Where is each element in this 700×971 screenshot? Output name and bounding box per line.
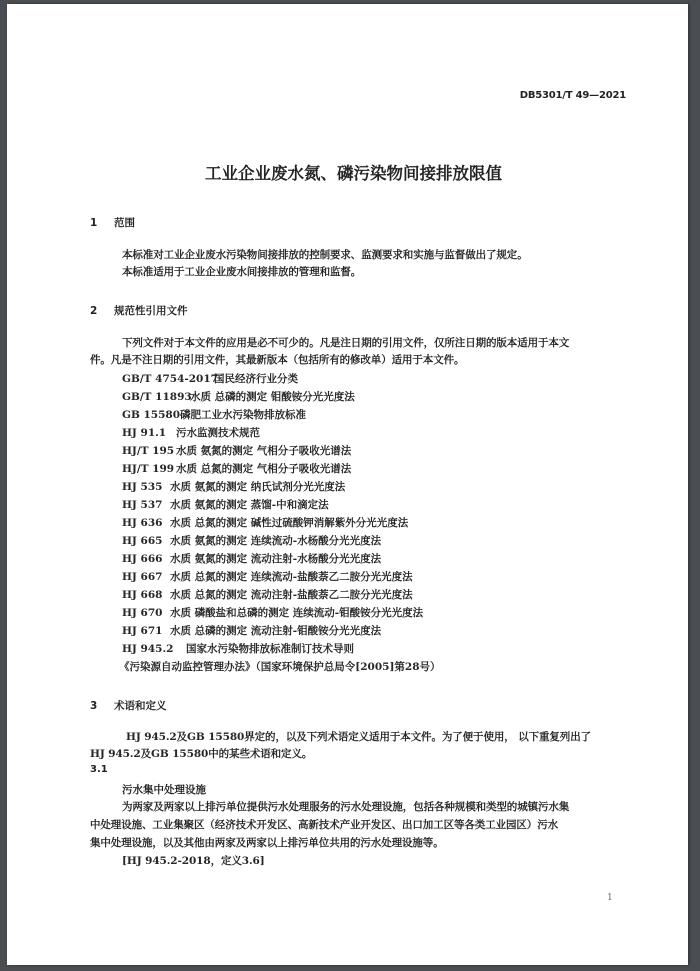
section-2-intro-line-2: 件。凡是不注日期的引用文件，其最新版本（包括所有的修改单）适用于本文件。 [90, 352, 464, 369]
reference-code: HJ 666 [122, 553, 170, 565]
term-source: [HJ 945.2-2018，定义3.6] [122, 853, 265, 870]
reference-code: HJ 671 [122, 625, 170, 637]
reference-name: 水质 氨氮的测定 气相分子吸收光谱法 [176, 445, 351, 457]
term-definition-line-1: 为两家及两家以上排污单位提供污水处理服务的污水处理设施，包括各种规模和类型的城镇… [122, 799, 569, 816]
reference-code: HJ 665 [122, 535, 170, 547]
section-number: 1 [90, 217, 114, 229]
reference-name: 水质 总磷的测定 流动注射-钼酸铵分光光度法 [170, 625, 381, 637]
reference-item: HJ 668水质 总氮的测定 流动注射-盐酸萘乙二胺分光光度法 [122, 587, 413, 602]
reference-name: 国家水污染物排放标准制订技术导则 [186, 643, 354, 655]
reference-code: GB/T 4754-2017 [122, 373, 214, 385]
reference-item: HJ 666水质 氨氮的测定 流动注射-水杨酸分光光度法 [122, 551, 381, 566]
section-2-heading: 2规范性引用文件 [90, 303, 188, 318]
reference-code: HJ/T 199 [122, 463, 176, 475]
reference-item: HJ 945.2国家水污染物排放标准制订技术导则 [122, 641, 354, 656]
reference-code: HJ/T 195 [122, 445, 176, 457]
reference-item: HJ 667水质 总氮的测定 连续流动-盐酸萘乙二胺分光光度法 [122, 569, 413, 584]
section-title: 规范性引用文件 [114, 305, 188, 317]
section-3-intro-line-1: HJ 945.2及GB 15580界定的，以及下列术语定义适用于本文件。为了便于… [126, 729, 591, 746]
reference-name: 水质 氨氮的测定 连续流动-水杨酸分光光度法 [170, 535, 381, 547]
section-1-paragraph-1: 本标准对工业企业废水污染物间接排放的控制要求、监测要求和实施与监督做出了规定。 [122, 247, 528, 264]
reference-name: 水质 氨氮的测定 蒸馏-中和滴定法 [170, 499, 329, 511]
section-2-intro-line-1: 下列文件对于本文件的应用是必不可少的。凡是注日期的引用文件，仅所注日期的版本适用… [122, 335, 569, 352]
section-1-heading: 1范围 [90, 215, 135, 230]
section-number: 3 [90, 700, 114, 712]
reference-code: HJ 636 [122, 517, 170, 529]
subsection-3-1-number: 3.1 [90, 764, 108, 775]
term-definition-line-2: 中处理设施、工业集聚区（经济技术开发区、高新技术产业开发区、出口加工区等各类工业… [90, 817, 558, 834]
reference-item: HJ/T 199水质 总氮的测定 气相分子吸收光谱法 [122, 461, 351, 476]
reference-item: HJ 670水质 磷酸盐和总磷的测定 连续流动-钼酸铵分光光度法 [122, 605, 423, 620]
section-3-heading: 3术语和定义 [90, 698, 167, 713]
section-number: 2 [90, 305, 114, 317]
reference-item: HJ/T 195水质 氨氮的测定 气相分子吸收光谱法 [122, 443, 351, 458]
term-definition-line-3: 集中处理设施，以及其他由两家及两家以上排污单位共用的污水处理设施等。 [90, 835, 444, 852]
document-title: 工业企业废水氮、磷污染物间接排放限值 [7, 160, 694, 184]
reference-code: HJ 535 [122, 481, 170, 493]
section-1-paragraph-2: 本标准适用于工业企业废水间接排放的管理和监督。 [122, 264, 361, 281]
section-title: 范围 [114, 217, 135, 229]
reference-name: 水质 总磷的测定 钼酸铵分光光度法 [190, 391, 355, 403]
reference-item: HJ 636水质 总氮的测定 碱性过硫酸钾消解紫外分光光度法 [122, 515, 408, 530]
reference-name: 污水监测技术规范 [176, 427, 260, 439]
reference-name: 水质 总氮的测定 碱性过硫酸钾消解紫外分光光度法 [170, 517, 408, 529]
reference-name: 水质 磷酸盐和总磷的测定 连续流动-钼酸铵分光光度法 [170, 607, 423, 619]
document-number: DB5301/T 49—2021 [520, 90, 626, 101]
reference-item: HJ 535水质 氨氮的测定 纳氏试剂分光光度法 [122, 479, 345, 494]
reference-item: GB/T 11893水质 总磷的测定 钼酸铵分光光度法 [122, 389, 355, 404]
reference-code: GB/T 11893 [122, 391, 190, 403]
page-number: 1 [607, 893, 613, 903]
reference-name: 水质 总氮的测定 连续流动-盐酸萘乙二胺分光光度法 [170, 571, 413, 583]
reference-name: 水质 总氮的测定 气相分子吸收光谱法 [176, 463, 351, 475]
reference-code: HJ 668 [122, 589, 170, 601]
reference-item: HJ 665水质 氨氮的测定 连续流动-水杨酸分光光度法 [122, 533, 381, 548]
section-title: 术语和定义 [114, 700, 167, 712]
reference-item: HJ 537水质 氨氮的测定 蒸馏-中和滴定法 [122, 497, 329, 512]
reference-item: HJ 671水质 总磷的测定 流动注射-钼酸铵分光光度法 [122, 623, 381, 638]
reference-name: 水质 氨氮的测定 流动注射-水杨酸分光光度法 [170, 553, 381, 565]
reference-name: 磷肥工业水污染物排放标准 [180, 409, 306, 421]
term-name: 污水集中处理设施 [122, 782, 206, 797]
reference-code: HJ 537 [122, 499, 170, 511]
reference-item: HJ 91.1污水监测技术规范 [122, 425, 260, 440]
reference-name: 国民经济行业分类 [214, 373, 298, 385]
section-3-intro-line-2: HJ 945.2及GB 15580中的某些术语和定义。 [90, 746, 312, 763]
reference-item: GB 15580磷肥工业水污染物排放标准 [122, 407, 306, 422]
reference-name: 水质 总氮的测定 流动注射-盐酸萘乙二胺分光光度法 [170, 589, 413, 601]
reference-item-regulation: 《污染源自动监控管理办法》（国家环境保护总局令[2005]第28号） [119, 659, 441, 674]
reference-code: HJ 91.1 [122, 427, 176, 439]
reference-code: HJ 667 [122, 571, 170, 583]
reference-name: 水质 氨氮的测定 纳氏试剂分光光度法 [170, 481, 345, 493]
document-page: DB5301/T 49—2021 工业企业废水氮、磷污染物间接排放限值 1范围 … [7, 4, 688, 965]
reference-item: GB/T 4754-2017国民经济行业分类 [122, 371, 298, 386]
reference-code: HJ 945.2 [122, 643, 186, 655]
reference-code: HJ 670 [122, 607, 170, 619]
reference-code: GB 15580 [122, 409, 180, 421]
